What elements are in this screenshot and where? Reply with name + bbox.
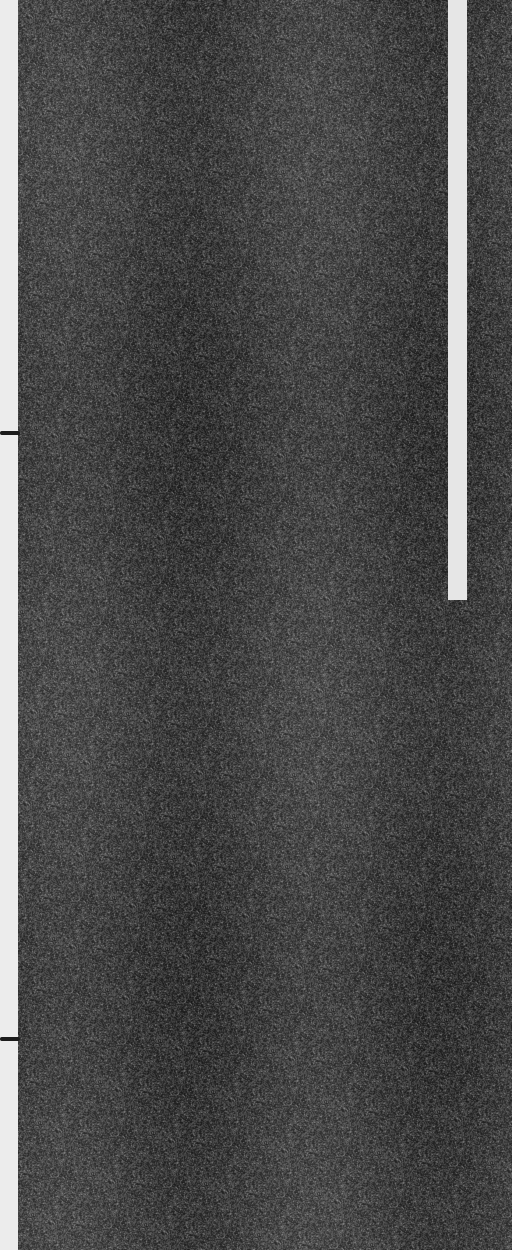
crack-mark [0,1037,20,1041]
right-lane-marking [448,0,467,600]
left-edge-line [0,0,18,1250]
crack-mark [0,431,20,435]
asphalt-texture [0,0,512,1250]
road-surface-image [0,0,512,1250]
